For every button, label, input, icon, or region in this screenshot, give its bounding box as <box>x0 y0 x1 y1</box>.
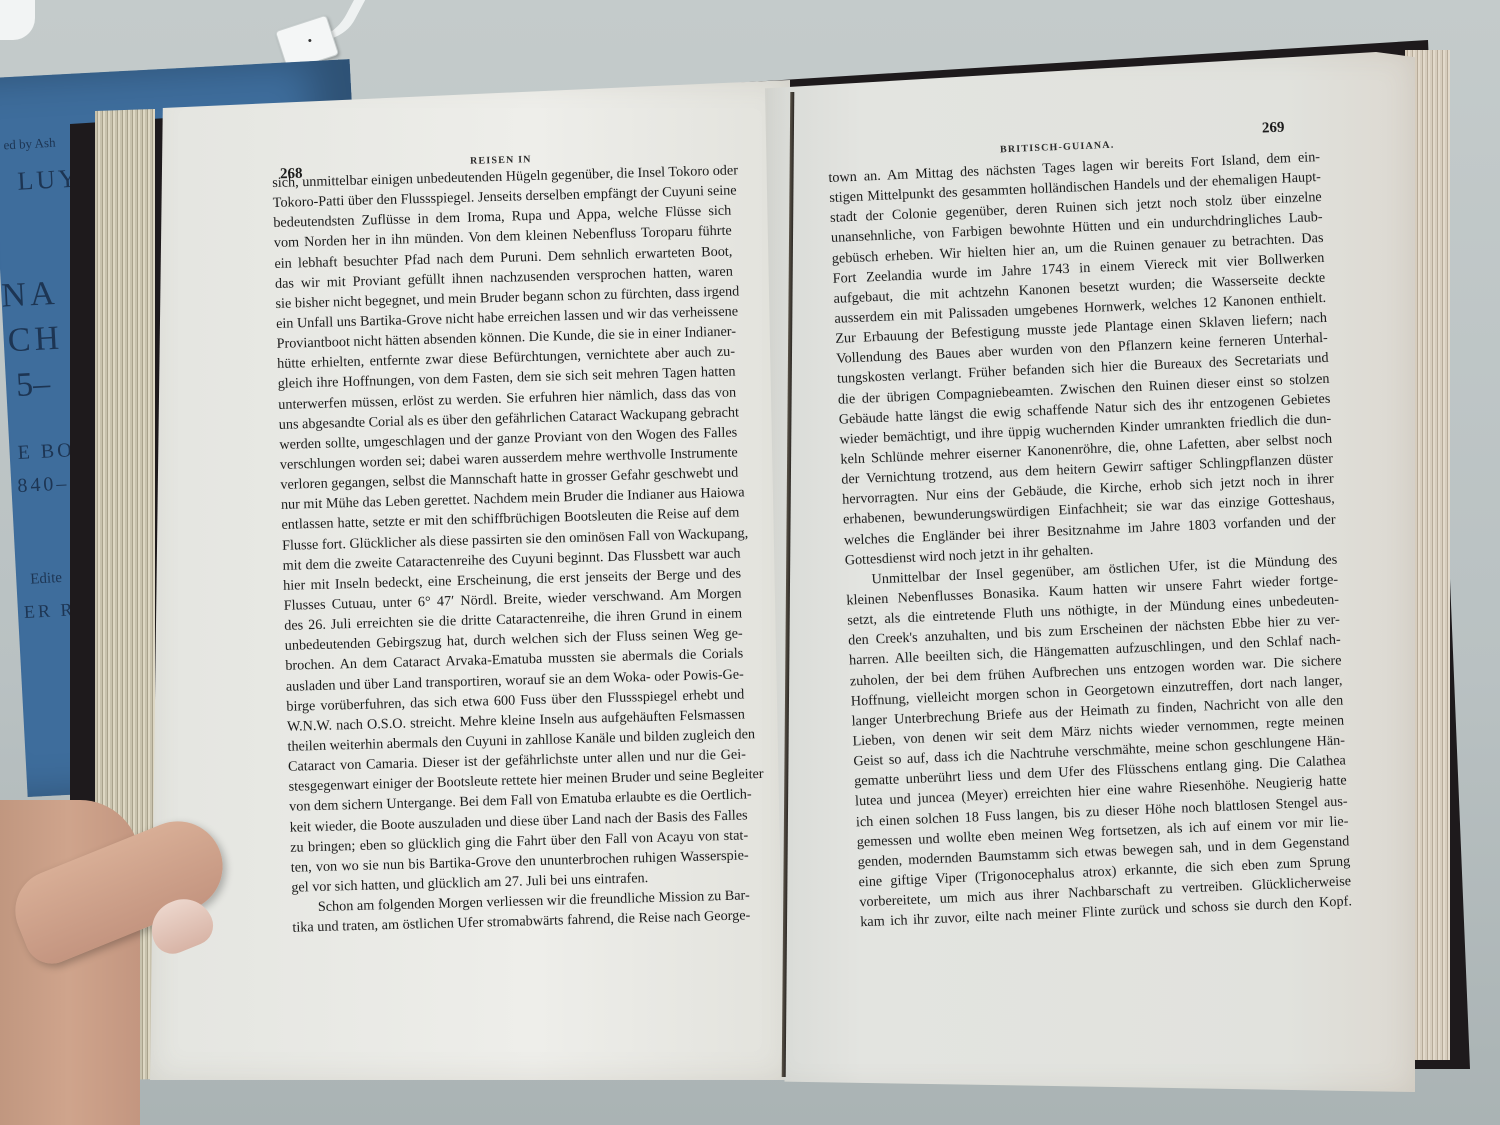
blue-book-text: Edite <box>30 570 63 589</box>
left-page-text: sich, unmittelbar einigen unbedeutenden … <box>272 161 751 938</box>
left-running-head: REISEN IN <box>470 154 532 167</box>
blue-book-text: E BO <box>17 439 75 465</box>
blue-book-text: CH <box>7 320 64 361</box>
blue-book-text: ER R <box>23 599 76 623</box>
blue-book-text: 5– <box>15 365 51 405</box>
right-page-text: town an. Am Mittag des nächsten Tages la… <box>828 147 1352 933</box>
blue-book-text: NA <box>0 275 59 316</box>
blue-book-text: ed by Ash <box>3 135 56 154</box>
right-page-number: 269 <box>1262 120 1285 138</box>
power-adapter <box>0 0 35 40</box>
blue-book-text: 840– <box>17 472 70 498</box>
book-photo-scene: ed by Ash LUY NA CH 5– E BO 840– Edite E… <box>0 0 1500 1125</box>
